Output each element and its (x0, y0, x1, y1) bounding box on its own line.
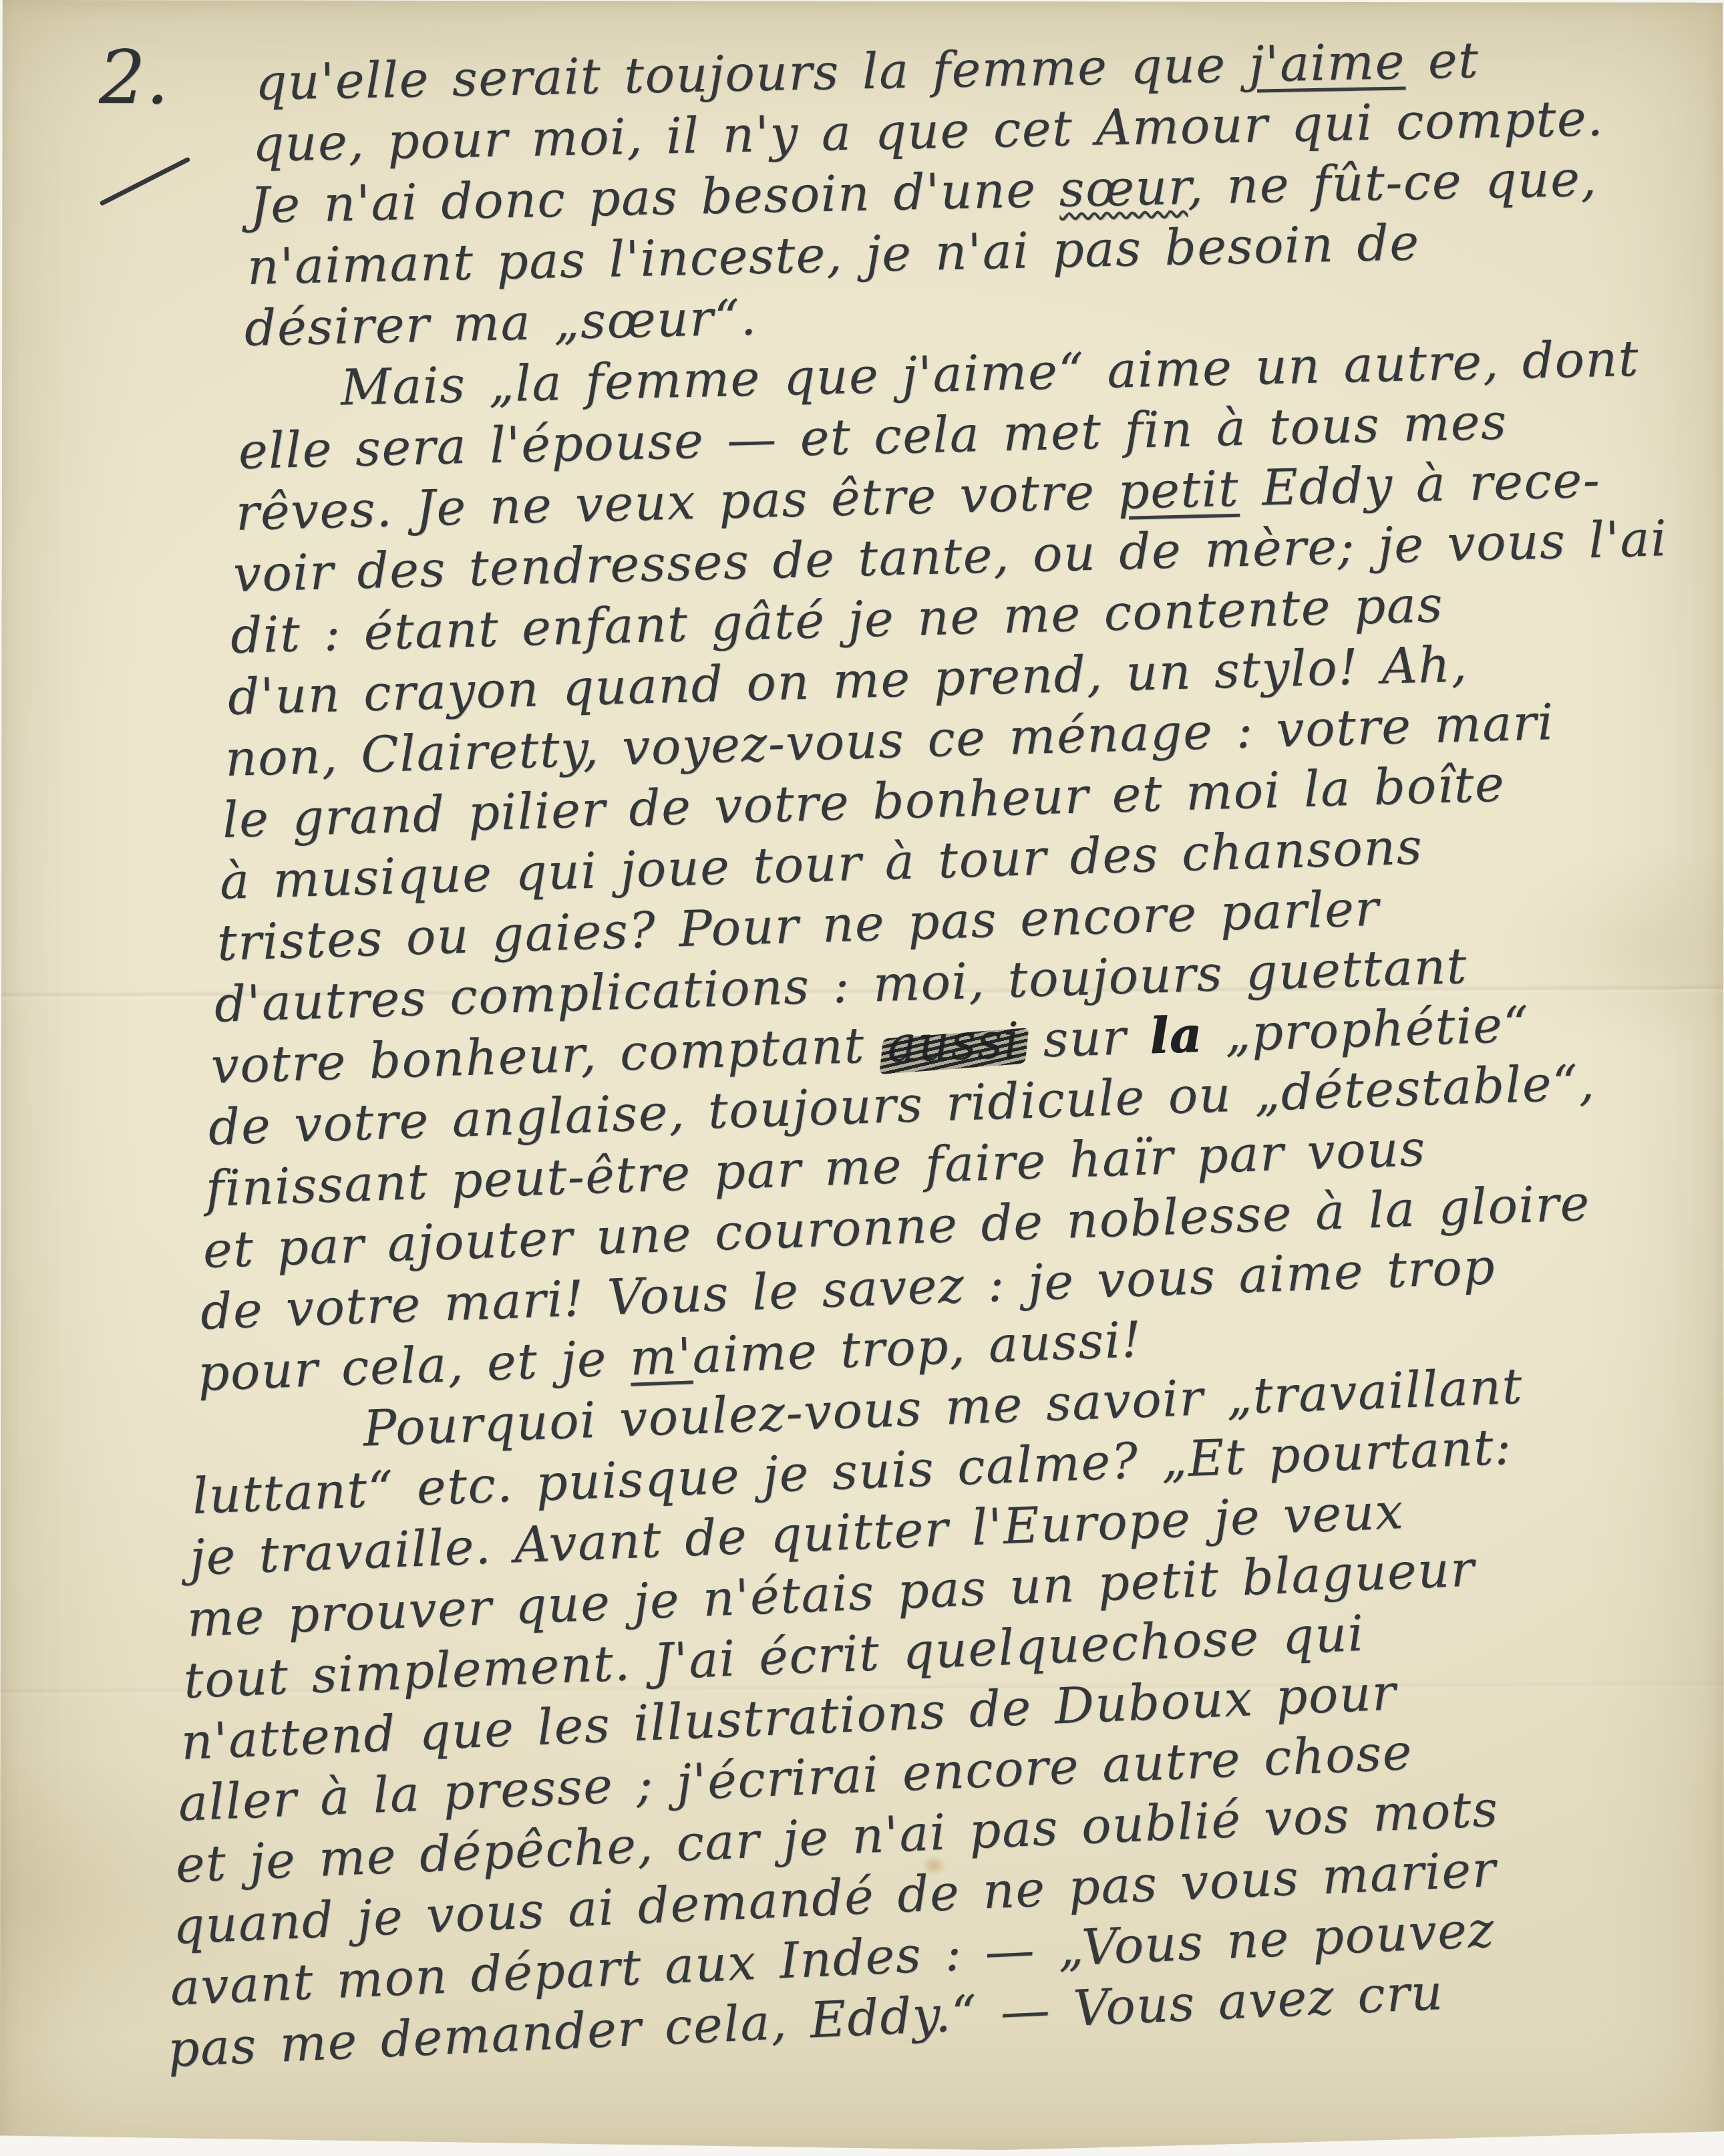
underlined-word: m' (629, 1327, 693, 1386)
underlined-word: sœur (1058, 158, 1188, 218)
scribbled-out-word: aussi (887, 1012, 1022, 1074)
underlined-word: petit (1117, 460, 1240, 520)
text-segment: sur (1019, 1008, 1150, 1069)
scanned-letter-stage: 2. qu'elle serait toujours la femme que … (0, 0, 1724, 2156)
emphasized-word: la (1149, 1006, 1204, 1065)
text-segment: désirer ma „sœur“. (244, 289, 757, 357)
letter-page: 2. qu'elle serait toujours la femme que … (0, 0, 1724, 2156)
letter-body: qu'elle serait toujours la femme que j'a… (0, 52, 1724, 2081)
text-segment: , ne fût-ce que, (1186, 150, 1598, 216)
text-segment: Eddy à rece- (1238, 452, 1601, 518)
text-segment: et (1405, 31, 1480, 90)
underlined-word: j'aime (1248, 33, 1406, 93)
text-segment: „prophétie“ (1202, 995, 1530, 1064)
